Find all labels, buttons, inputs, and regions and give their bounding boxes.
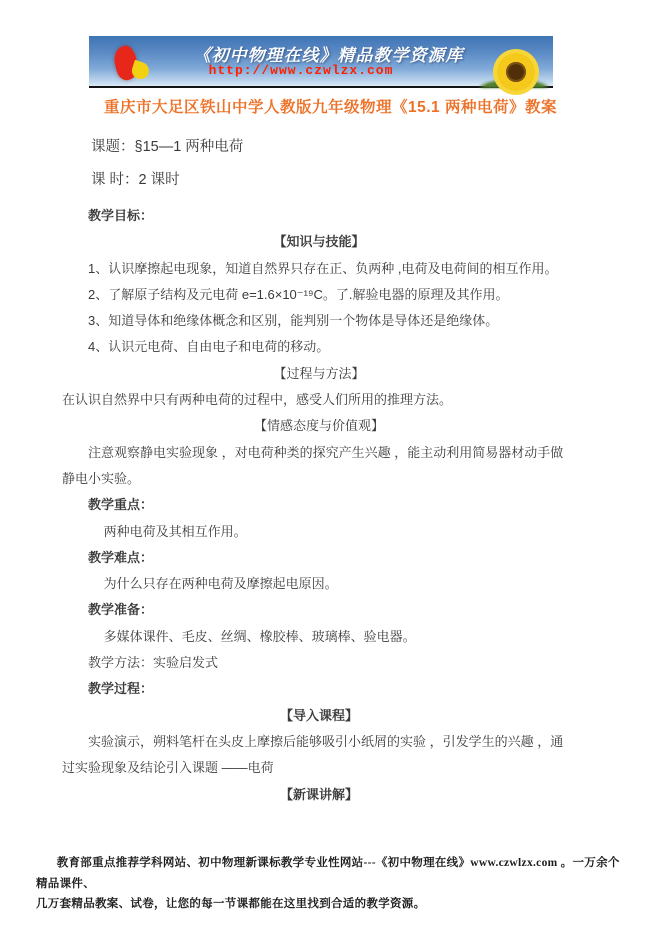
sunflower-icon	[493, 49, 539, 95]
teaching-prepare-text: 多媒体课件、毛皮、丝绸、橡胶棒、玻璃棒、验电器。	[62, 624, 576, 650]
banner-site-url: http://www.czwlzx.com	[89, 63, 513, 78]
teaching-procedure-heading: 教学过程：	[62, 676, 576, 702]
lesson-intro-text: 实验演示，朔料笔杆在头皮上摩擦后能够吸引小纸屑的实验 ，引发学生的兴趣 ，通过实…	[62, 729, 576, 782]
teaching-difficulty-text: 为什么只存在两种电荷及摩擦起电原因。	[62, 571, 576, 597]
process-method-text: 在认识自然界中只有两种电荷的过程中，感受人们所用的推理方法。	[62, 387, 576, 413]
footer-line-2: 几万套精品教案、试卷，让您的每一节课都能在这里找到合适的教学资源。	[36, 894, 628, 915]
goals-heading: 教学目标：	[62, 203, 576, 229]
document-body: 课题：§15—1 两种电荷 课 时：2 课时 教学目标： 【知识与技能】 1、认…	[62, 131, 576, 808]
goal-item: 1、认识摩擦起电现象，知道自然界只存在正、负两种 ,电荷及电荷间的相互作用。	[62, 256, 576, 282]
footer-line-1: 教育部重点推荐学科网站、初中物理新课标教学专业性网站---《初中物理在线》www…	[36, 853, 628, 894]
knowledge-skills-heading: 【知识与技能】	[62, 229, 576, 255]
site-banner: 《初中物理在线》精品教学资源库 http://www.czwlzx.com	[89, 36, 553, 88]
emotion-value-text: 注意观察静电实验现象 ，对电荷种类的探究产生兴趣 ，能主动利用简易器材动手做静电…	[62, 440, 576, 493]
teaching-prepare-heading: 教学准备：	[62, 597, 576, 623]
process-method-heading: 【过程与方法】	[62, 361, 576, 387]
lesson-intro-heading: 【导入课程】	[62, 703, 576, 729]
goal-item: 3、知道导体和绝缘体概念和区别，能判别一个物体是导体还是绝缘体。	[62, 308, 576, 334]
course-time-line: 课 时：2 课时	[62, 164, 576, 197]
goal-item: 4、认识元电荷、自由电子和电荷的移动。	[62, 334, 576, 360]
page-footer: 教育部重点推荐学科网站、初中物理新课标教学专业性网站---《初中物理在线》www…	[36, 853, 628, 915]
teaching-key-heading: 教学重点：	[62, 492, 576, 518]
course-title-line: 课题：§15—1 两种电荷	[62, 131, 576, 164]
teaching-difficulty-heading: 教学难点：	[62, 545, 576, 571]
new-lesson-heading: 【新课讲解】	[62, 782, 576, 808]
teaching-method-line: 教学方法：实验启发式	[62, 650, 576, 676]
doc-title: 重庆市大足区铁山中学人教版九年级物理《15.1 两种电荷》教案	[0, 95, 661, 117]
emotion-value-heading: 【情感态度与价值观】	[62, 413, 576, 439]
goal-item: 2、了解原子结构及元电荷 e=1.6×10⁻¹⁹C。了.解验电器的原理及其作用。	[62, 282, 576, 308]
teaching-key-text: 两种电荷及其相互作用。	[62, 519, 576, 545]
